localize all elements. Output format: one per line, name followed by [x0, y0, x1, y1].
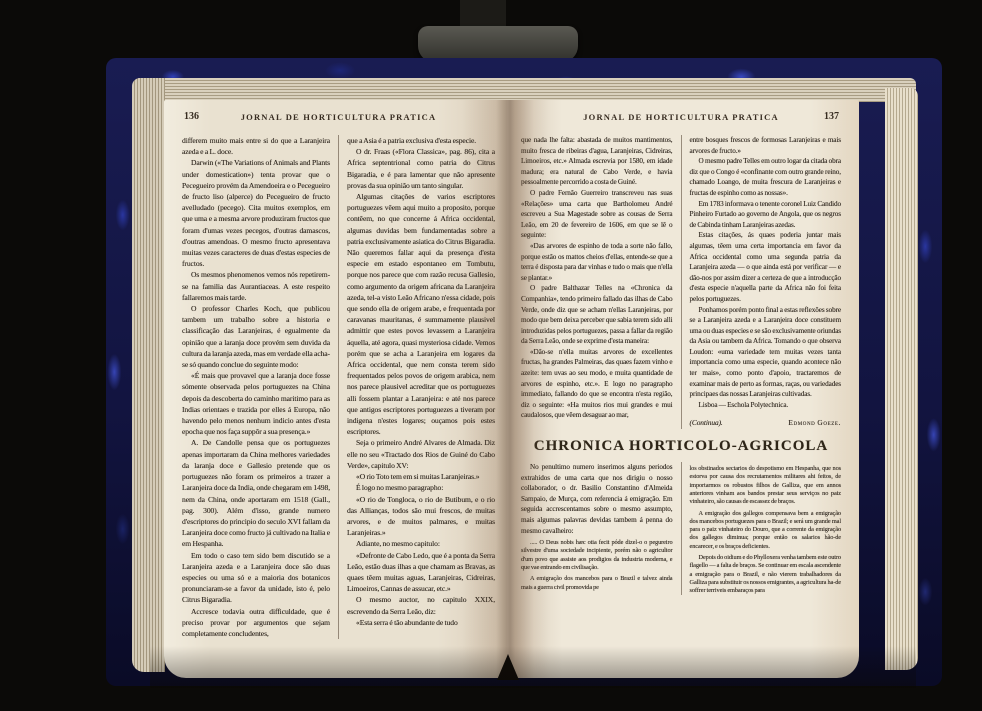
spine-headband [418, 26, 578, 62]
paragraph: A emigração dos gallegos compensava bem … [690, 510, 842, 551]
paragraph: Seja o primeiro André Alvares de Almada.… [347, 437, 495, 471]
right-page: JORNAL DE HORTICULTURA PRATICA 137 que n… [507, 100, 859, 678]
paragraph: los obstinados sectarios do despotismo e… [690, 465, 842, 506]
paragraph: A emigração dos mancebos para o Brazil e… [521, 575, 673, 592]
paragraph: O dr. Fraas («Flora Classica», pag. 86),… [347, 146, 495, 191]
paragraph: «Esta serra é tão abundante de tudo [347, 617, 495, 628]
page-header: JORNAL DE HORTICULTURA PRATICA 137 [521, 111, 841, 124]
paragraph: Em todo o caso tem sido bem discutido se… [182, 550, 330, 606]
paragraph: O professor Charles Koch, que publicou t… [182, 303, 330, 370]
page-edges-right [885, 88, 918, 670]
text-columns: que nada lhe falta: abastada de muitos m… [521, 135, 841, 429]
text-column: que nada lhe falta: abastada de muitos m… [521, 135, 673, 429]
paragraph: differem muito mais entre si do que a La… [182, 135, 330, 157]
paragraph: ..... O Deus nobis hæc otia fecit póde d… [521, 539, 673, 572]
paragraph: «Das arvores de espinho de toda a sorte … [521, 241, 673, 283]
paragraph: A. De Candolle pensa que os portuguezes … [182, 437, 330, 549]
page-number: 137 [824, 111, 839, 122]
left-page: 136 JORNAL DE HORTICULTURA PRATICA diffe… [164, 100, 507, 678]
section-heading: CHRONICA HORTICOLO-AGRICOLA [521, 438, 841, 455]
paragraph: «O rio Toto tem em si muitas Laranjeiras… [347, 471, 495, 482]
text-columns: No penultimo numero inserimos alguns per… [521, 462, 841, 595]
paragraph: O mesmo padre Telles em outro logar da c… [690, 156, 842, 198]
running-title: JORNAL DE HORTICULTURA PRATICA [521, 112, 841, 122]
text-column: que a Asia é a patria exclusiva d'esta e… [338, 135, 495, 639]
paragraph: O padre Fernão Guerreiro transcreveu nas… [521, 188, 673, 241]
paragraph: Depois do oidium e do Phylloxera venha t… [690, 554, 842, 595]
paragraph: Darwin («The Variations of Animals and P… [182, 157, 330, 269]
paragraph: «Defronte de Cabo Ledo, que é a ponta da… [347, 550, 495, 595]
paragraph: Ponhamos porém ponto final a estas refle… [690, 305, 842, 400]
paragraph: que a Asia é a patria exclusiva d'esta e… [347, 135, 495, 146]
paragraph: «Dão-se n'ella muitas arvores de excelle… [521, 347, 673, 421]
paragraph: O padre Balthazar Telles na «Chronica da… [521, 283, 673, 347]
text-columns: differem muito mais entre si do que a La… [182, 135, 495, 639]
paragraph: Algumas citações de varios escriptores p… [347, 191, 495, 437]
page-edges-top [134, 78, 916, 102]
author-signature: Edmond Goeze. [788, 418, 841, 429]
paragraph: «É mais que provavel que a laranja doce … [182, 370, 330, 437]
paragraph: O mesmo auctor, no capitulo XXIX, escrev… [347, 594, 495, 616]
text-column: differem muito mais entre si do que a La… [182, 135, 330, 639]
paragraph: Lisboa — Eschola Polytechnica. [690, 400, 842, 411]
paragraph: entre bosques frescos de formosas Laranj… [690, 135, 842, 156]
text-column: entre bosques frescos de formosas Laranj… [681, 135, 842, 429]
continua-label: (Continua). [690, 418, 723, 429]
paragraph: Estas citações, ás quaes poderia juntar … [690, 230, 842, 304]
paragraph: Adiante, no mesmo capitulo: [347, 538, 495, 549]
text-column: No penultimo numero inserimos alguns per… [521, 462, 673, 595]
paragraph: No penultimo numero inserimos alguns per… [521, 462, 673, 536]
article-footer: (Continua). Edmond Goeze. [690, 418, 842, 429]
paragraph: Em 1783 informava o tenente coronel Luiz… [690, 199, 842, 231]
paragraph: «O rio de Tongloca, o rio de Butibum, e … [347, 494, 495, 539]
paragraph: É logo no mesmo paragrapho: [347, 482, 495, 493]
page-header: 136 JORNAL DE HORTICULTURA PRATICA [182, 111, 495, 124]
running-title: JORNAL DE HORTICULTURA PRATICA [182, 112, 495, 122]
text-column: los obstinados sectarios do despotismo e… [681, 462, 842, 595]
paragraph: Os mesmos phenomenos vemos nós repetirem… [182, 269, 330, 303]
page-edges-left [132, 78, 165, 672]
paragraph: que nada lhe falta: abastada de muitos m… [521, 135, 673, 188]
paragraph: Accresce todavia outra difficuldade, que… [182, 606, 330, 640]
